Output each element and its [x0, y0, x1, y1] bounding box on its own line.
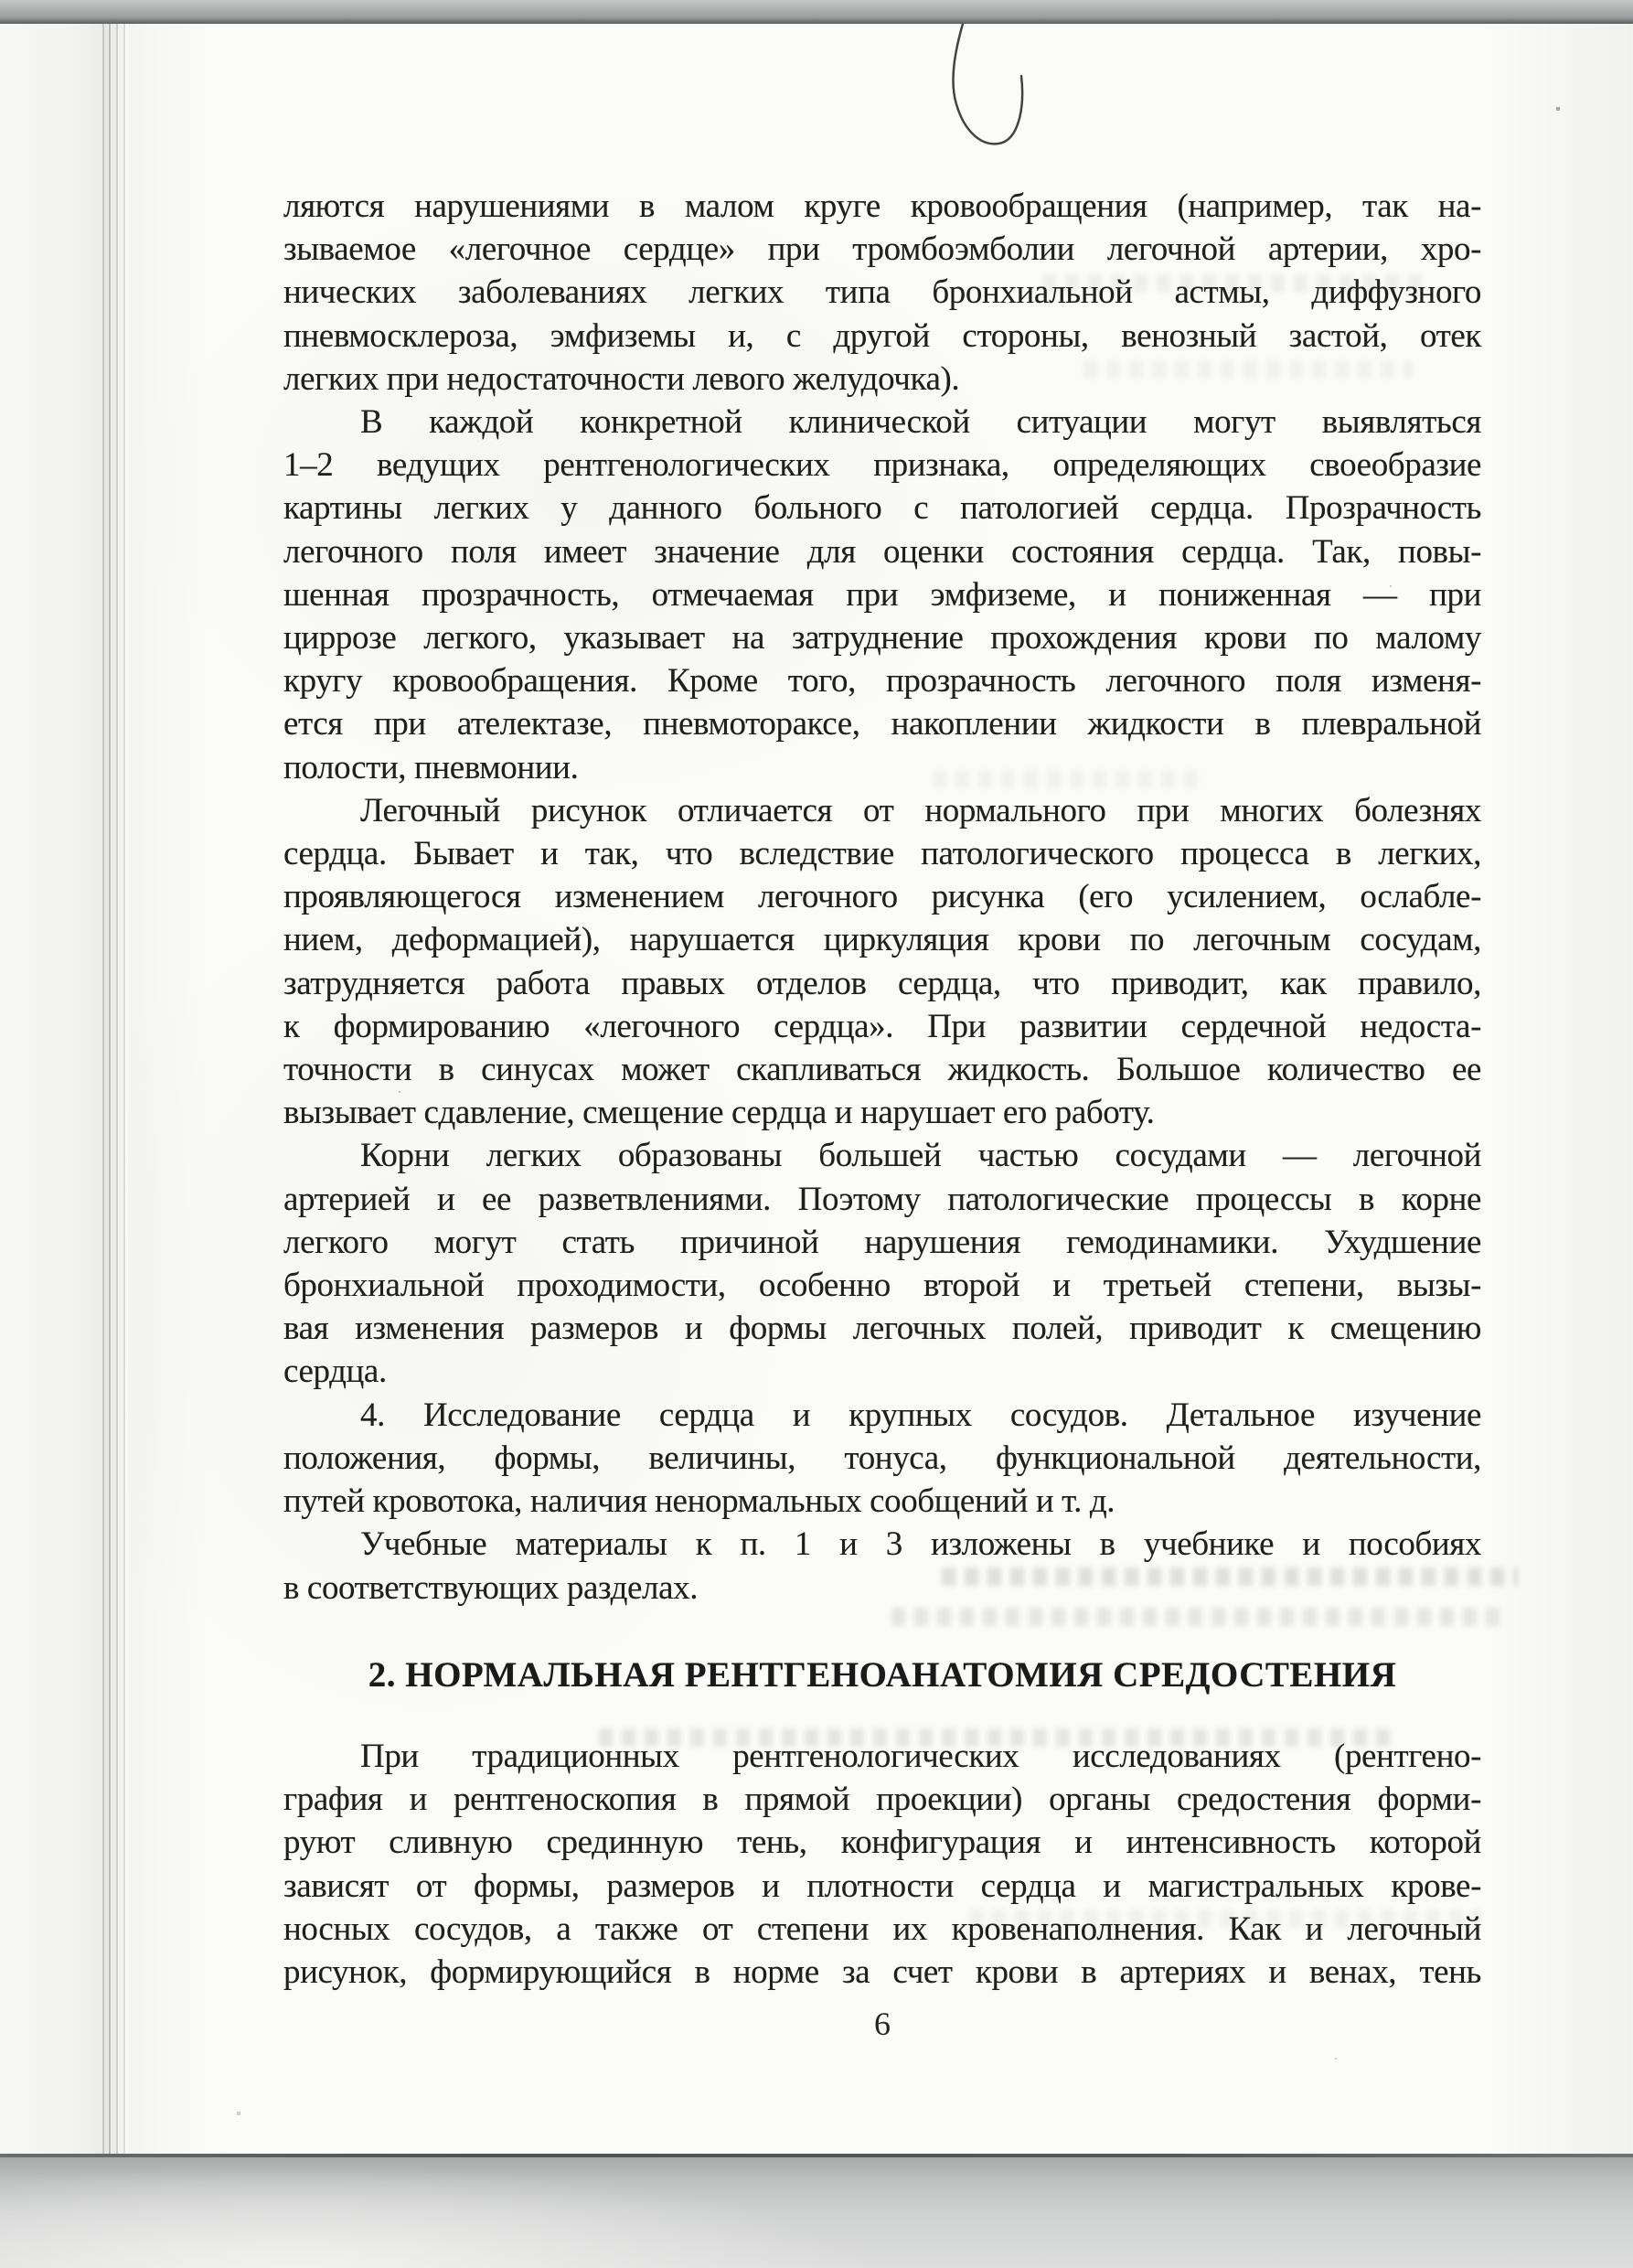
text-line: вая изменения размеров и формы легочных … [283, 1307, 1481, 1350]
page-edge-stack [102, 24, 128, 2156]
text-line: В каждой конкретной клинической ситуации… [283, 401, 1481, 444]
text-line: При традиционных рентгенологических иссл… [283, 1735, 1481, 1778]
section-heading: 2. НОРМАЛЬНАЯ РЕНТГЕНОАНАТОМИЯ СРЕДОСТЕН… [283, 1653, 1481, 1696]
text-line: артерией и ее разветвлениями. Поэтому па… [283, 1178, 1481, 1221]
text-line: рисунок, формирующийся в норме за счет к… [283, 1951, 1481, 1994]
text-line: проявляющегося изменением легочного рису… [283, 875, 1481, 918]
text-line: шенная прозрачность, отмечаемая при эмфи… [283, 573, 1481, 616]
text-line: Корни легких образованы большей частью с… [283, 1134, 1481, 1177]
scanner-background-top [0, 0, 1633, 24]
scanner-background-bottom [0, 2157, 1633, 2268]
text-line: в соответствующих разделах. [283, 1567, 1481, 1610]
text-line: легочного поля имеет значение для оценки… [283, 530, 1481, 573]
paragraph: ляются нарушениями в малом круге кровооб… [283, 185, 1481, 401]
text-line: 4. Исследование сердца и крупных сосудов… [283, 1394, 1481, 1437]
text-line: пневмосклероза, эмфиземы и, с другой сто… [283, 315, 1481, 358]
text-line: ляются нарушениями в малом круге кровооб… [283, 185, 1481, 228]
text-line: носных сосудов, а также от степени их кр… [283, 1908, 1481, 1951]
text-line: ется при ателектазе, пневмотораксе, нако… [283, 702, 1481, 745]
text-line: затрудняется работа правых отделов сердц… [283, 962, 1481, 1005]
paragraph: Легочный рисунок отличается от нормально… [283, 789, 1481, 1135]
text-line: легкого могут стать причиной нарушения г… [283, 1221, 1481, 1264]
page-number: 6 [283, 2005, 1481, 2043]
text-line: сердца. [283, 1350, 1481, 1393]
text-line: графия и рентгеноскопия в прямой проекци… [283, 1778, 1481, 1821]
text-line: 1–2 ведущих рентгенологических признака,… [283, 444, 1481, 487]
text-line: бронхиальной проходимости, особенно втор… [283, 1264, 1481, 1307]
text-column: ляются нарушениями в малом круге кровооб… [283, 185, 1481, 1994]
text-line: легких при недостаточности левого желудо… [283, 358, 1481, 401]
text-line: Легочный рисунок отличается от нормально… [283, 789, 1481, 832]
text-line: нием, деформацией), нарушается циркуляци… [283, 918, 1481, 961]
text-line: циррозе легкого, указывает на затруднени… [283, 616, 1481, 659]
text-line: точности в синусах может скапливаться жи… [283, 1048, 1481, 1091]
paragraph: Учебные материалы к п. 1 и 3 изложены в … [283, 1523, 1481, 1609]
paragraph: Корни легких образованы большей частью с… [283, 1134, 1481, 1393]
text-line: зависят от формы, размеров и плотности с… [283, 1865, 1481, 1908]
book-page: ляются нарушениями в малом круге кровооб… [128, 24, 1633, 2156]
paragraph: 4. Исследование сердца и крупных сосудов… [283, 1394, 1481, 1524]
text-line: Учебные материалы к п. 1 и 3 изложены в … [283, 1523, 1481, 1566]
hair-strand-icon [914, 24, 1097, 161]
text-line: вызывает сдавление, смещение сердца и на… [283, 1091, 1481, 1134]
text-line: нических заболеваниях легких типа бронхи… [283, 271, 1481, 314]
text-line: кругу кровообращения. Кроме того, прозра… [283, 659, 1481, 702]
paragraph: При традиционных рентгенологических иссл… [283, 1735, 1481, 1994]
scanned-book-page: ляются нарушениями в малом круге кровооб… [0, 0, 1633, 2268]
text-line: зываемое «легочное сердце» при тромбоэмб… [283, 228, 1481, 271]
paragraph: В каждой конкретной клинической ситуации… [283, 401, 1481, 789]
text-line: положения, формы, величины, тонуса, функ… [283, 1437, 1481, 1480]
text-line: к формированию «легочного сердца». При р… [283, 1005, 1481, 1048]
text-line: картины легких у данного больного с пато… [283, 487, 1481, 530]
scan-specks [128, 24, 130, 26]
text-line: руют сливную срединную тень, конфигураци… [283, 1821, 1481, 1864]
text-line: полости, пневмонии. [283, 746, 1481, 789]
scanner-background-left [0, 24, 102, 2156]
text-line: путей кровотока, наличия ненормальных со… [283, 1480, 1481, 1523]
text-line: сердца. Бывает и так, что вследствие пат… [283, 832, 1481, 875]
